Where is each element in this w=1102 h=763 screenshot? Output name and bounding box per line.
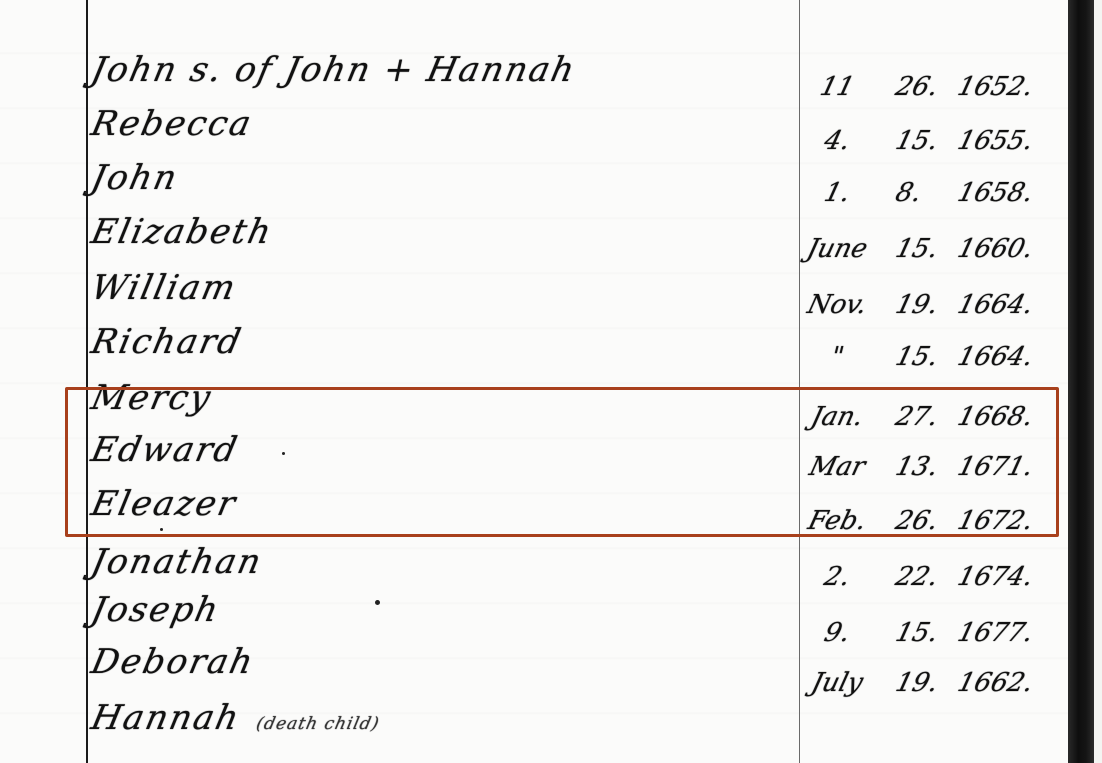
entry-year: 1658. [955,178,1057,208]
entry-name: Mercy [88,378,216,418]
entry-name: Hannah [88,698,244,738]
ink-speck [375,600,380,605]
entry-year: 1677. [955,618,1057,648]
entry-name: Deborah [88,642,259,682]
entry-month: Mar [793,452,882,482]
entry-month: June [793,234,882,264]
entry-name: Richard [88,322,246,362]
entry-day: 19. [893,668,950,698]
entry-day: 27. [893,402,950,432]
entry-day: 15. [893,342,950,372]
entry-day: 15. [893,618,950,648]
entry-year: 1664. [955,290,1057,320]
entry-name: John [88,158,182,198]
entry-day: 8. [893,178,950,208]
page-edge [1094,0,1102,763]
entry-day: 26. [893,72,950,102]
entry-month: 11 [793,72,882,102]
entry-name: Joseph [88,590,224,630]
entry-year: 1655. [955,126,1057,156]
entry-day: 15. [893,126,950,156]
entry-year: 1671. [955,452,1057,482]
ink-speck [282,452,285,455]
entry-name-with-note: Hannah(death child) [88,698,385,738]
entry-month: 4. [793,126,882,156]
entry-name: William [88,268,241,308]
ink-speck [160,528,163,531]
entry-month: " [793,342,882,372]
entry-name: Rebecca [88,104,256,144]
entry-name: John s. of John + Hannah [88,50,580,90]
entry-name: Elizabeth [88,212,277,252]
entry-day: 22. [893,562,950,592]
entry-month: 1. [793,178,882,208]
entry-year: 1660. [955,234,1057,264]
entry-day: 15. [893,234,950,264]
book-binding-edge [1068,0,1094,763]
entry-month: July [793,668,882,698]
entry-month: Nov. [793,290,882,320]
document-page: John s. of John + Hannah 11 26. 1652. Re… [0,0,1102,763]
entry-year: 1662. [955,668,1057,698]
entry-note: (death child) [254,714,381,734]
entry-month: Feb. [793,506,882,536]
date-column-rule [799,0,800,763]
entry-year: 1652. [955,72,1057,102]
entry-name: Eleazer [88,484,241,524]
entry-month: 9. [793,618,882,648]
entry-day: 19. [893,290,950,320]
entry-day: 26. [893,506,950,536]
entry-month: Jan. [793,402,882,432]
entry-day: 13. [893,452,950,482]
left-margin-rule [86,0,88,763]
entry-name: Jonathan [88,542,267,582]
entry-year: 1664. [955,342,1057,372]
entry-year: 1674. [955,562,1057,592]
entry-month: 2. [793,562,882,592]
entry-name: Edward [88,430,242,470]
entry-year: 1668. [955,402,1057,432]
entry-year: 1672. [955,506,1057,536]
